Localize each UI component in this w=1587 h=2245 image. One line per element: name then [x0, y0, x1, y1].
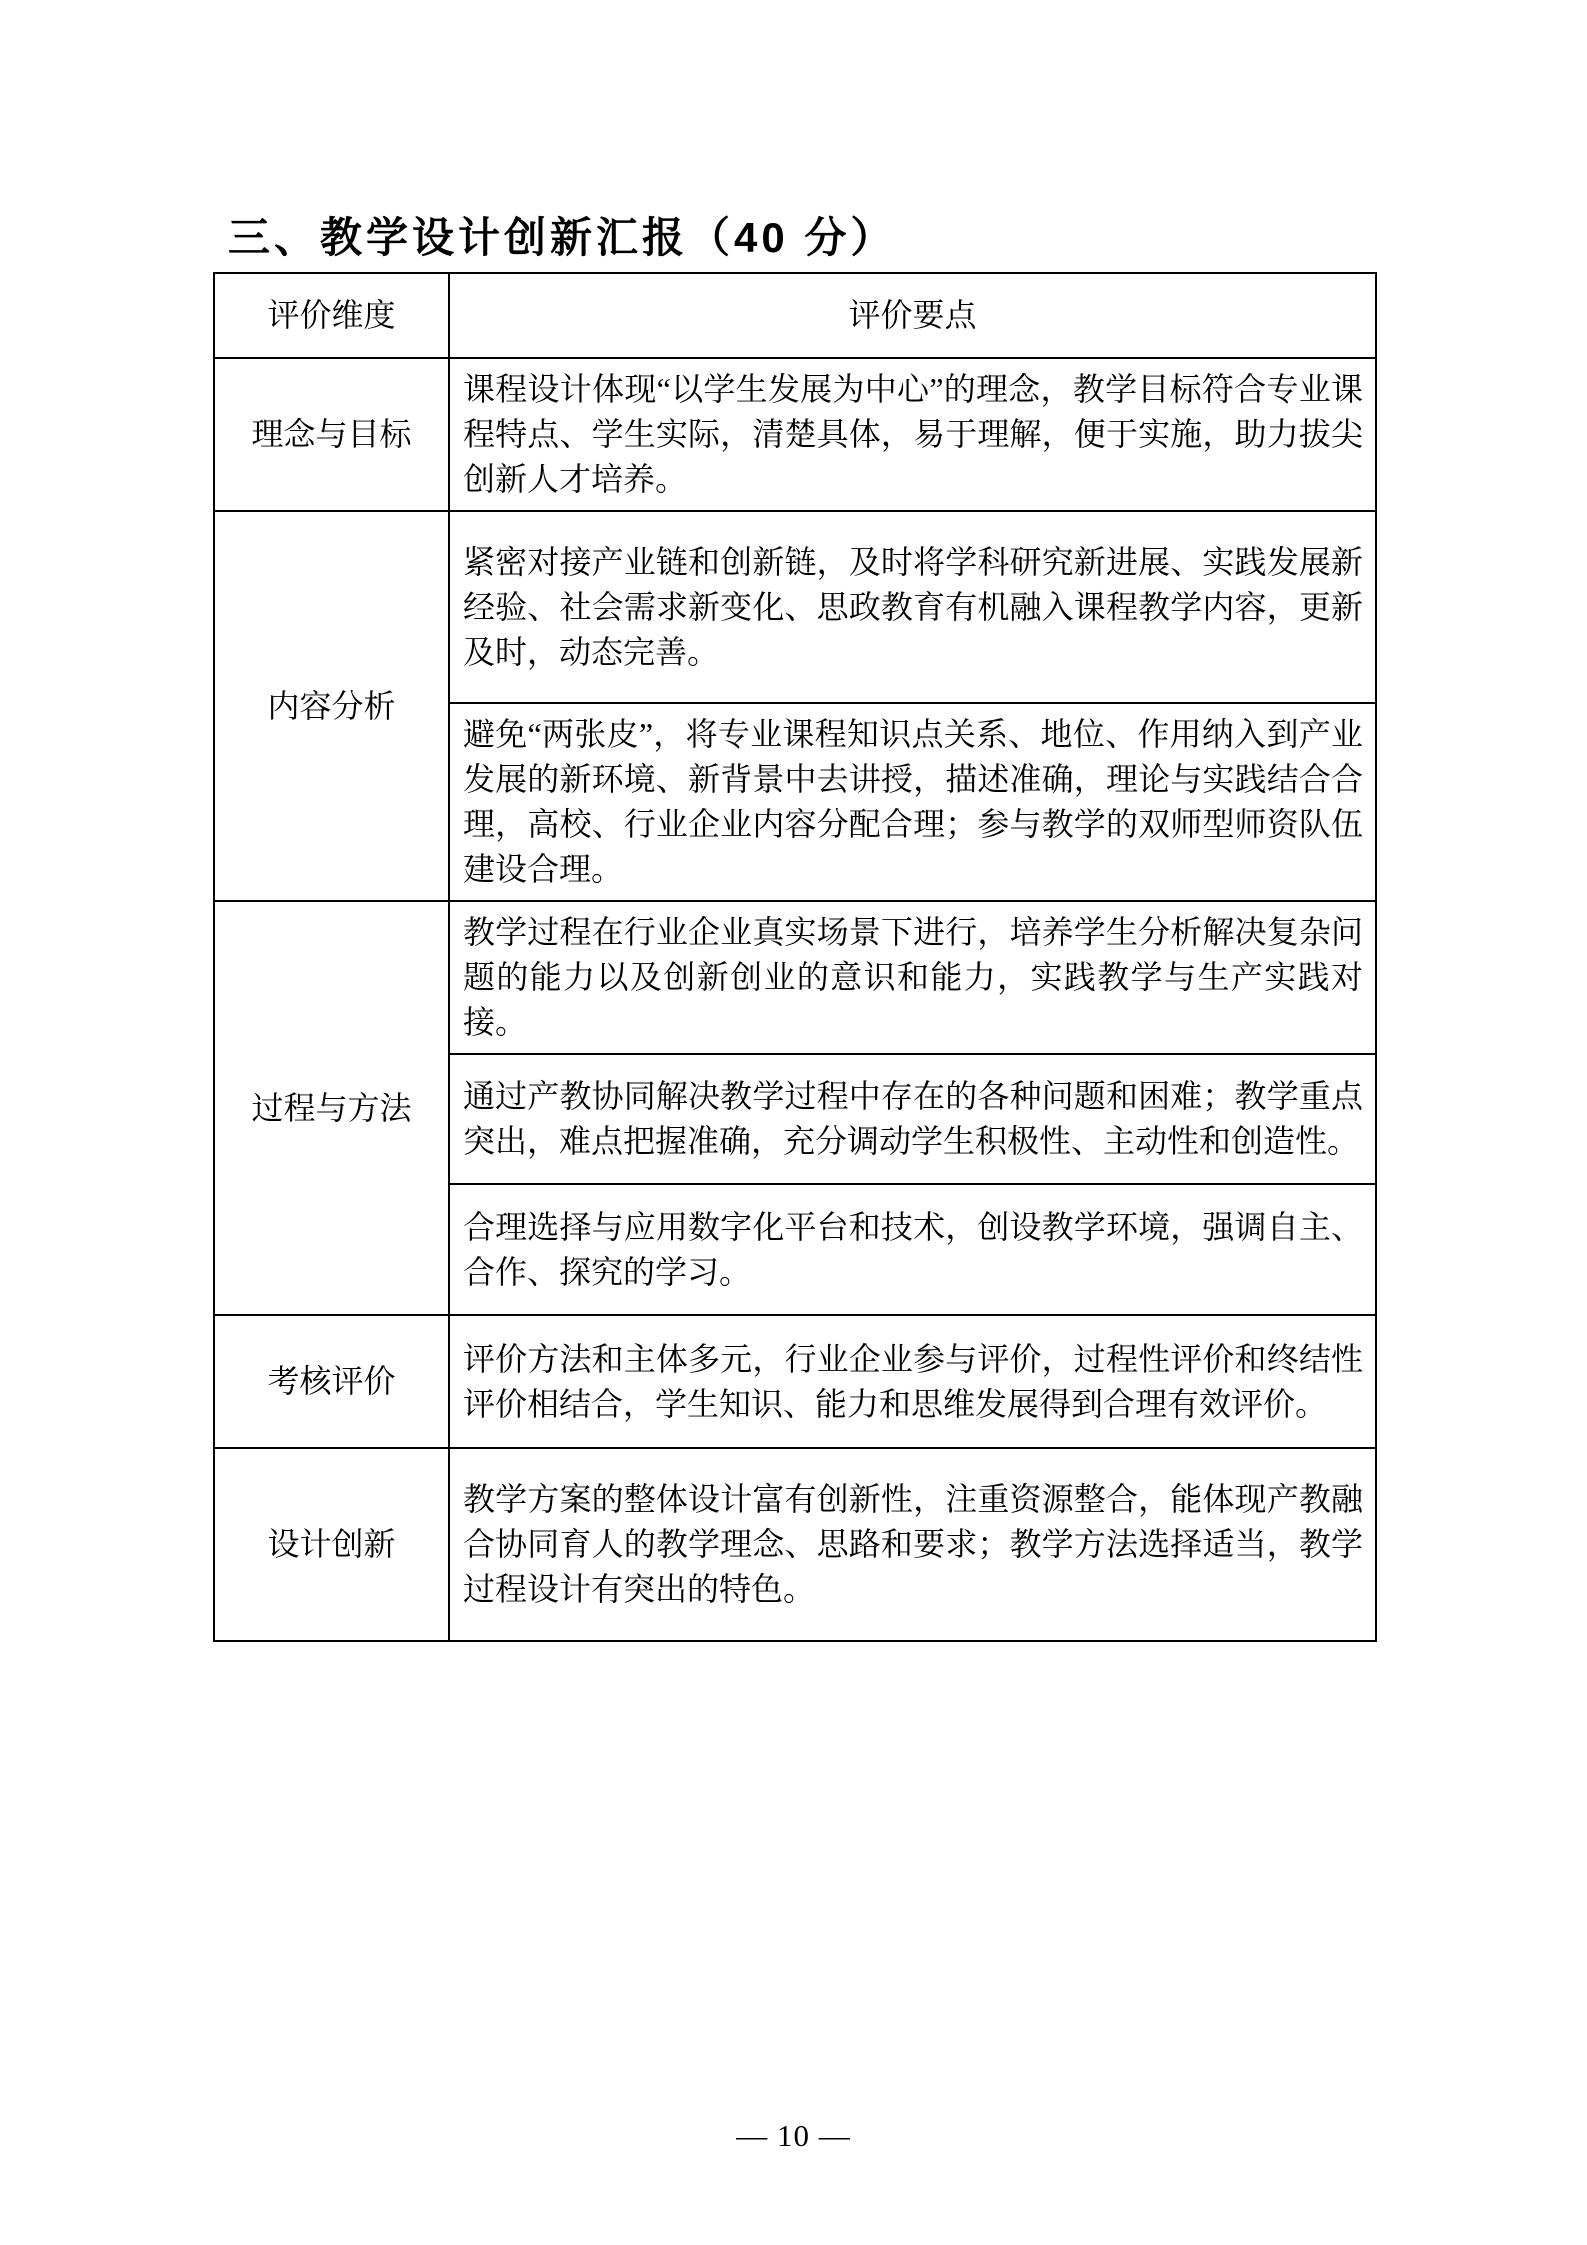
table-row: 内容分析 紧密对接产业链和创新链，及时将学科研究新进展、实践发展新经验、社会需求…: [214, 511, 1376, 703]
dim-design-innovation: 设计创新: [214, 1448, 449, 1641]
dim-process-and-methods: 过程与方法: [214, 901, 449, 1315]
page-number: — 10 —: [0, 2118, 1587, 2154]
point-cell: 避免“两张皮”，将专业课程知识点关系、地位、作用纳入到产业发展的新环境、新背景中…: [449, 703, 1376, 901]
dim-assessment-evaluation: 考核评价: [214, 1315, 449, 1448]
header-points: 评价要点: [449, 273, 1376, 358]
table-row: 设计创新 教学方案的整体设计富有创新性，注重资源整合，能体现产教融合协同育人的教…: [214, 1448, 1376, 1641]
point-cell: 课程设计体现“以学生发展为中心”的理念，教学目标符合专业课程特点、学生实际，清楚…: [449, 358, 1376, 511]
evaluation-table: 评价维度 评价要点 理念与目标 课程设计体现“以学生发展为中心”的理念，教学目标…: [213, 272, 1377, 1642]
point-cell: 教学过程在行业企业真实场景下进行，培养学生分析解决复杂问题的能力以及创新创业的意…: [449, 901, 1376, 1054]
dim-concept-and-goals: 理念与目标: [214, 358, 449, 511]
point-cell: 合理选择与应用数字化平台和技术，创设教学环境，强调自主、合作、探究的学习。: [449, 1184, 1376, 1315]
page-title: 三、教学设计创新汇报（40 分）: [228, 205, 896, 265]
table-row: 理念与目标 课程设计体现“以学生发展为中心”的理念，教学目标符合专业课程特点、学…: [214, 358, 1376, 511]
document-page: { "page": { "title": "三、教学设计创新汇报（40 分）",…: [0, 0, 1587, 2245]
point-cell: 教学方案的整体设计富有创新性，注重资源整合，能体现产教融合协同育人的教学理念、思…: [449, 1448, 1376, 1641]
dim-content-analysis: 内容分析: [214, 511, 449, 901]
table-row: 过程与方法 教学过程在行业企业真实场景下进行，培养学生分析解决复杂问题的能力以及…: [214, 901, 1376, 1054]
table-row: 考核评价 评价方法和主体多元，行业企业参与评价，过程性评价和终结性评价相结合，学…: [214, 1315, 1376, 1448]
header-dimension: 评价维度: [214, 273, 449, 358]
point-cell: 评价方法和主体多元，行业企业参与评价，过程性评价和终结性评价相结合，学生知识、能…: [449, 1315, 1376, 1448]
point-cell: 通过产教协同解决教学过程中存在的各种问题和困难；教学重点突出，难点把握准确，充分…: [449, 1054, 1376, 1184]
table-header-row: 评价维度 评价要点: [214, 273, 1376, 358]
point-cell: 紧密对接产业链和创新链，及时将学科研究新进展、实践发展新经验、社会需求新变化、思…: [449, 511, 1376, 703]
